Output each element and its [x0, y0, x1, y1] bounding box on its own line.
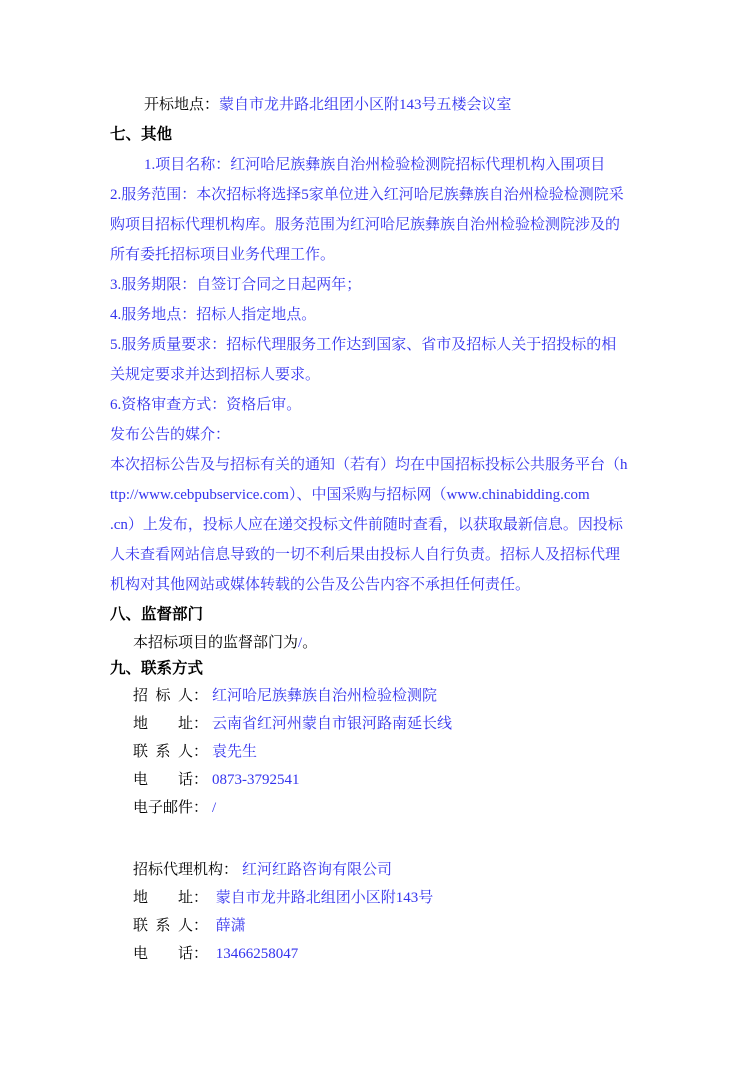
contact-row-value: 红河红路咨询有限公司 — [242, 862, 392, 878]
contact-row-label: 电 话： — [133, 772, 208, 788]
blank-gap — [110, 822, 664, 856]
section-heading-supervision: 八、监督部门 — [110, 600, 664, 630]
service-quality-line-1: 5.服务质量要求：招标代理服务工作达到国家、省市及招标人关于招投标的相 — [110, 330, 664, 360]
project-name-line: 1.项目名称：红河哈尼族彝族自治州检验检测院招标代理机构入围项目 — [110, 150, 664, 180]
contact-row-value: / — [212, 800, 216, 816]
supervision-period: 。 — [302, 635, 317, 651]
document-page: 开标地点：蒙自市龙井路北组团小区附143号五楼会议室 七、其他 1.项目名称：红… — [0, 0, 754, 1070]
opening-location-value: 蒙自市龙井路北组团小区附143号五楼会议室 — [219, 97, 512, 113]
service-quality-line-2: 关规定要求并达到招标人要求。 — [110, 360, 664, 390]
opening-location-line: 开标地点：蒙自市龙井路北组团小区附143号五楼会议室 — [110, 90, 664, 120]
contact-row-value: 0873-3792541 — [212, 772, 300, 788]
contact-row-label: 地 址： — [133, 716, 208, 732]
supervision-text: 本招标项目的监督部门为 — [133, 635, 298, 651]
contact-row-label: 电子邮件： — [133, 800, 208, 816]
tenderer-name-row: 招 标 人：红河哈尼族彝族自治州检验检测院 — [110, 682, 664, 710]
tenderer-person-row: 联 系 人：袁先生 — [110, 738, 664, 766]
supervision-body-line: 本招标项目的监督部门为/。 — [110, 630, 664, 656]
contact-row-value: 云南省红河州蒙自市银河路南延长线 — [212, 716, 452, 732]
opening-location-label: 开标地点： — [144, 97, 219, 113]
announcement-media-line-4: 人未查看网站信息导致的一切不利后果由投标人自行负责。招标人及招标代理 — [110, 540, 664, 570]
announcement-media-line-1: 本次招标公告及与招标有关的通知（若有）均在中国招标投标公共服务平台（h — [110, 450, 664, 480]
service-scope-line-2: 购项目招标代理机构库。服务范围为红河哈尼族彝族自治州检验检测院涉及的 — [110, 210, 664, 240]
agency-address-row: 地 址： 蒙自市龙井路北组团小区附143号 — [110, 884, 664, 912]
contact-row-value: 红河哈尼族彝族自治州检验检测院 — [212, 688, 437, 704]
section-heading-other: 七、其他 — [110, 120, 664, 150]
contact-row-label: 地 址： — [133, 890, 208, 906]
contact-row-value: 13466258047 — [212, 946, 298, 962]
contact-row-label: 联 系 人： — [133, 918, 208, 934]
contact-row-label: 联 系 人： — [133, 744, 208, 760]
contact-row-value: 蒙自市龙井路北组团小区附143号 — [212, 890, 433, 906]
service-location-line: 4.服务地点：招标人指定地点。 — [110, 300, 664, 330]
agency-person-row: 联 系 人： 薛潇 — [110, 912, 664, 940]
tenderer-phone-row: 电 话：0873-3792541 — [110, 766, 664, 794]
agency-name-row: 招标代理机构：红河红路咨询有限公司 — [110, 856, 664, 884]
service-scope-line-3: 所有委托招标项目业务代理工作。 — [110, 240, 664, 270]
agency-phone-row: 电 话： 13466258047 — [110, 940, 664, 968]
service-term-line: 3.服务期限：自签订合同之日起两年； — [110, 270, 664, 300]
tenderer-address-row: 地 址：云南省红河州蒙自市银河路南延长线 — [110, 710, 664, 738]
contact-row-label: 电 话： — [133, 946, 208, 962]
section-heading-contact: 九、联系方式 — [110, 656, 664, 682]
announcement-media-heading: 发布公告的媒介： — [110, 420, 664, 450]
announcement-media-line-2: ttp://www.cebpubservice.com）、中国采购与招标网（ww… — [110, 480, 664, 510]
announcement-media-line-5: 机构对其他网站或媒体转载的公告及公告内容不承担任何责任。 — [110, 570, 664, 600]
service-scope-line-1: 2.服务范围：本次招标将选择5家单位进入红河哈尼族彝族自治州检验检测院采 — [110, 180, 664, 210]
contact-row-value: 薛潇 — [212, 918, 246, 934]
announcement-media-line-3: .cn）上发布，投标人应在递交投标文件前随时查看，以获取最新信息。因投标 — [110, 510, 664, 540]
contact-row-label: 招标代理机构： — [133, 862, 238, 878]
tenderer-email-row: 电子邮件：/ — [110, 794, 664, 822]
contact-row-label: 招 标 人： — [133, 688, 208, 704]
contact-row-value: 袁先生 — [212, 744, 257, 760]
qualification-review-line: 6.资格审查方式：资格后审。 — [110, 390, 664, 420]
